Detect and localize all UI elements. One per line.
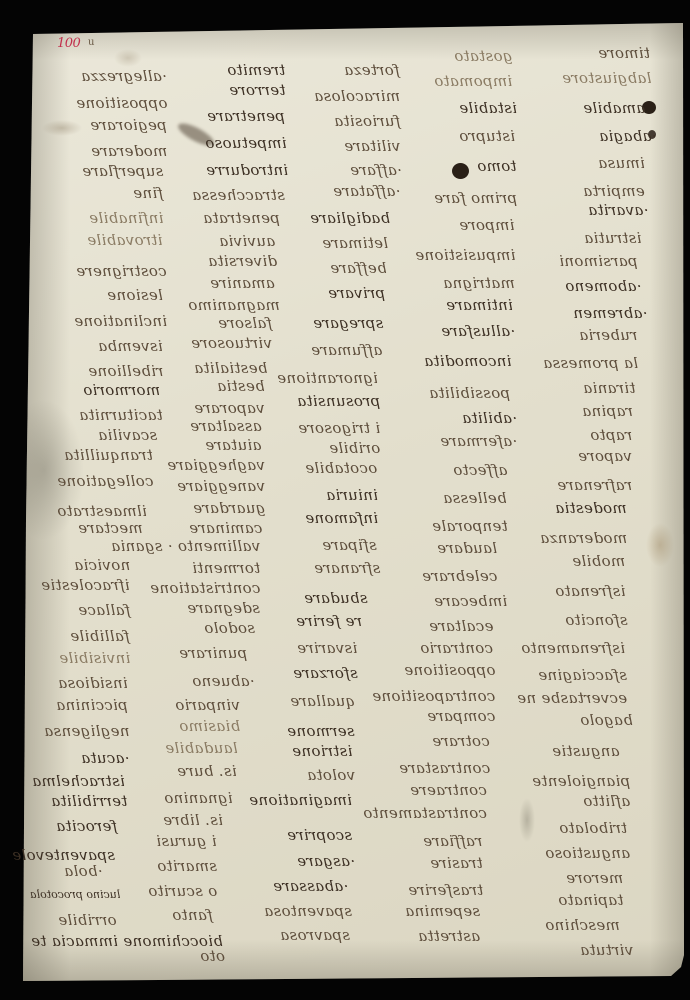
manuscript-word: merore	[566, 869, 623, 887]
manuscript-word: vapore	[578, 447, 632, 465]
manuscript-word: meschino	[545, 916, 620, 934]
manuscript-word: angustie	[552, 742, 620, 760]
manuscript-word: aflitto	[583, 792, 630, 810]
manuscript-word: ·abagia	[599, 127, 657, 145]
word-column-5: timore labgiustore amabile ·abagia imusa…	[0, 0, 690, 1000]
manuscript-word: tirania	[583, 379, 635, 397]
manuscript-word: sfoncito	[565, 611, 628, 629]
manuscript-word: timore	[598, 44, 650, 62]
manuscript-word: istrutia	[584, 229, 642, 247]
manuscript-word: ·abomeno	[565, 277, 642, 295]
manuscript-word: ·abremen	[573, 304, 648, 322]
manuscript-word: piangiolente	[532, 772, 630, 790]
manuscript-word: isfrenato	[555, 582, 625, 600]
manuscript-word: rafrenare	[557, 476, 632, 494]
manuscript-word: ecvertasbe ne	[517, 689, 627, 707]
manuscript-word: rapto	[590, 426, 632, 444]
manuscript-word: tribolato	[559, 819, 627, 837]
manuscript-word: ·avarita	[588, 201, 648, 219]
manuscript-word: ruberia	[579, 326, 637, 344]
manuscript-word: empirta	[583, 182, 645, 200]
manuscript-word: la promessa	[543, 354, 638, 372]
manuscript-word: parsimoni	[559, 252, 638, 270]
manuscript-word: imusa	[598, 154, 645, 172]
manuscript-word: moderanza	[540, 529, 627, 547]
manuscript-word: amabile	[583, 99, 645, 117]
manuscript-word: modestia	[555, 499, 627, 517]
manuscript-word: bagolo	[580, 711, 633, 729]
manuscript-photo: 100 u ·allegrezza oppositione pegiorare …	[0, 0, 690, 1000]
manuscript-word: labgiustore	[562, 69, 652, 87]
manuscript-word: isfrenamento	[521, 639, 625, 657]
manuscript-word: virtuta	[580, 941, 633, 959]
manuscript-word: mobile	[572, 552, 625, 570]
manuscript-word: rapina	[582, 402, 633, 420]
manuscript-word: tapinato	[558, 891, 623, 909]
manuscript-word: sfacciagine	[538, 666, 627, 684]
manuscript-word: angustioso	[545, 844, 630, 862]
